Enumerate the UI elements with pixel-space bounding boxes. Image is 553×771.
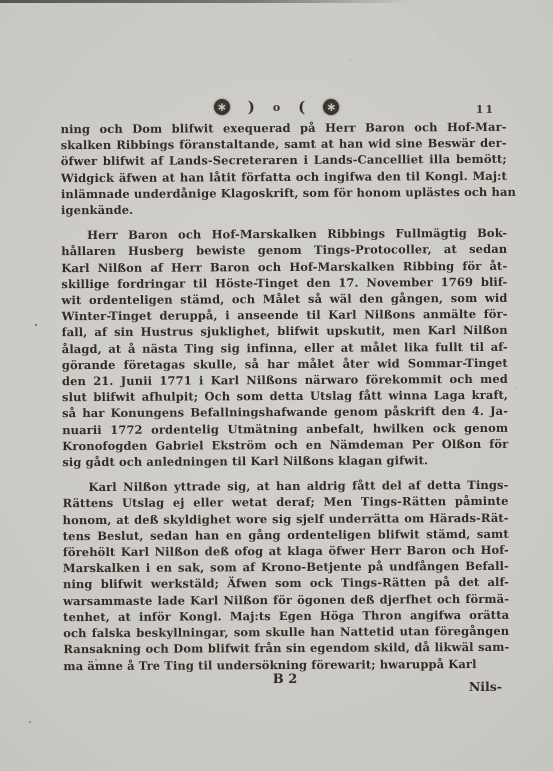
- paragraph: Herr Baron och Hof-Marskalken Ribbings F…: [61, 225, 508, 470]
- text-line: ning blifwit werkstäld; Äfwen som ock Ti…: [63, 574, 509, 593]
- scan-edge-shadow: [0, 0, 553, 3]
- paragraph: ning och Dom blifwit exequerad på Herr B…: [61, 119, 508, 219]
- catchword: Nils-: [469, 679, 502, 694]
- text-line: fall, af sin Hustrus sjuklighet, blifwit…: [62, 322, 508, 341]
- text-line: Rättens Utslag ej eller wetat deraf; Men…: [63, 493, 509, 512]
- text-line: igenkände.: [61, 200, 507, 219]
- ornament-right-paren: (: [298, 98, 305, 116]
- text-line: inlämnade underdånige Klagoskrift, som f…: [61, 184, 507, 203]
- page-footer: B 2 Nils-: [62, 672, 508, 694]
- text-line: hållaren Husberg bewiste genom Tings-Pro…: [61, 241, 507, 260]
- scanned-document-page: ∗ ) o ( ∗ 11 ning och Dom blifwit exeque…: [0, 0, 553, 771]
- ornament-left-paren: ): [248, 98, 255, 116]
- ornament-center-dot: o: [273, 101, 280, 114]
- text-line: öfwer blifwit af Lands-Secreteraren i La…: [61, 151, 507, 170]
- header-ornament: ∗ ) o ( ∗: [0, 98, 553, 116]
- text-line: Ransakning och Dom blifwit från sin egen…: [63, 639, 509, 658]
- signature-mark: B 2: [62, 672, 508, 687]
- text-line: sig gådt och anledningen til Karl Nilßon…: [62, 452, 508, 471]
- paragraph: Karl Nilßon yttrade sig, at han aldrig f…: [62, 477, 509, 674]
- text-block: ning och Dom blifwit exequerad på Herr B…: [61, 119, 510, 674]
- rosette-icon: ∗: [323, 99, 339, 115]
- text-line: så har Konungens Befallningshafwande gen…: [62, 403, 508, 422]
- text-line: Kronofogden Gabriel Ekström och en Nämde…: [62, 436, 508, 455]
- rosette-icon: ∗: [214, 99, 230, 115]
- page-number: 11: [476, 104, 495, 116]
